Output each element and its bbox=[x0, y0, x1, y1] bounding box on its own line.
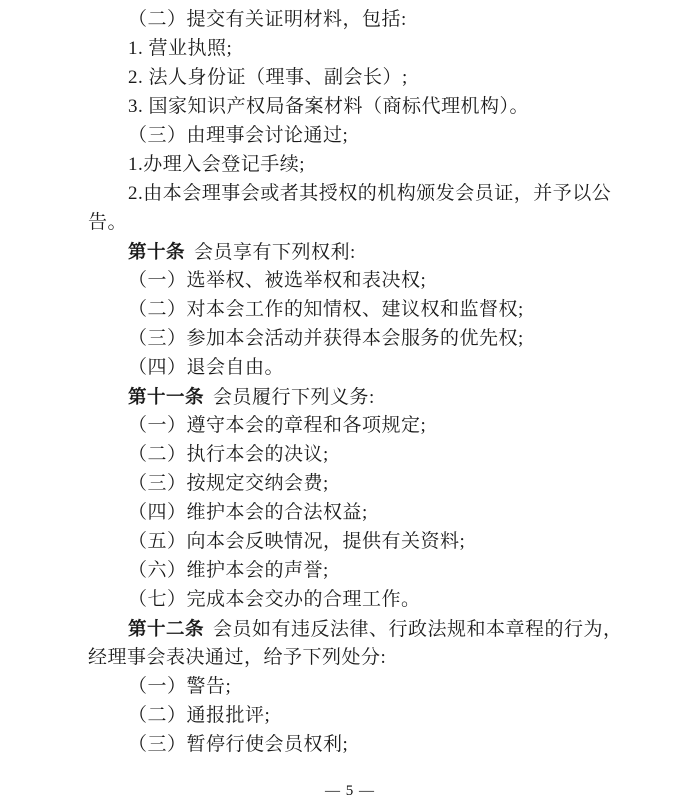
text-line: （一）选举权、被选举权和表决权; bbox=[88, 266, 633, 295]
text-line: （三）由理事会讨论通过; bbox=[88, 121, 633, 150]
text-line: 经理事会表决通过，给予下列处分: bbox=[88, 643, 633, 672]
article-number: 第十一条 bbox=[128, 386, 204, 407]
document-body: （二）提交有关证明材料，包括:1. 营业执照;2. 法人身份证（理事、副会长）;… bbox=[88, 5, 633, 759]
text-line: （二）通报批评; bbox=[88, 701, 633, 730]
text-line: 告。 bbox=[88, 208, 633, 237]
text-line: （一）警告; bbox=[88, 672, 633, 701]
text-line: 1.办理入会登记手续; bbox=[88, 150, 633, 179]
text-line: （五）向本会反映情况，提供有关资料; bbox=[88, 527, 633, 556]
text-line: （三）参加本会活动并获得本会服务的优先权; bbox=[88, 324, 633, 353]
text-line: （四）维护本会的合法权益; bbox=[88, 498, 633, 527]
text-line: （三）暂停行使会员权利; bbox=[88, 730, 633, 759]
text-line: （六）维护本会的声誉; bbox=[88, 556, 633, 585]
text-line: （二）对本会工作的知情权、建议权和监督权; bbox=[88, 295, 633, 324]
article-line: 第十一条会员履行下列义务: bbox=[88, 382, 633, 411]
text-line: 1. 营业执照; bbox=[88, 34, 633, 63]
text-line: （七）完成本会交办的合理工作。 bbox=[88, 585, 633, 614]
article-line: 第十条会员享有下列权利: bbox=[88, 237, 633, 266]
text-line: （二）执行本会的决议; bbox=[88, 440, 633, 469]
text-line: （一）遵守本会的章程和各项规定; bbox=[88, 411, 633, 440]
text-line: 3. 国家知识产权局备案材料（商标代理机构）。 bbox=[88, 92, 633, 121]
page-number: — 5 — bbox=[0, 781, 700, 801]
text-line: （三）按规定交纳会费; bbox=[88, 469, 633, 498]
document-page: （二）提交有关证明材料，包括:1. 营业执照;2. 法人身份证（理事、副会长）;… bbox=[0, 0, 700, 809]
text-line: 2. 法人身份证（理事、副会长）; bbox=[88, 63, 633, 92]
article-number: 第十条 bbox=[128, 241, 185, 262]
text-line: （二）提交有关证明材料，包括: bbox=[88, 5, 633, 34]
article-line: 第十二条会员如有违反法律、行政法规和本章程的行为， bbox=[88, 614, 633, 643]
article-number: 第十二条 bbox=[128, 618, 204, 639]
text-line: （四）退会自由。 bbox=[88, 353, 633, 382]
text-line: 2.由本会理事会或者其授权的机构颁发会员证，并予以公 bbox=[88, 179, 633, 208]
